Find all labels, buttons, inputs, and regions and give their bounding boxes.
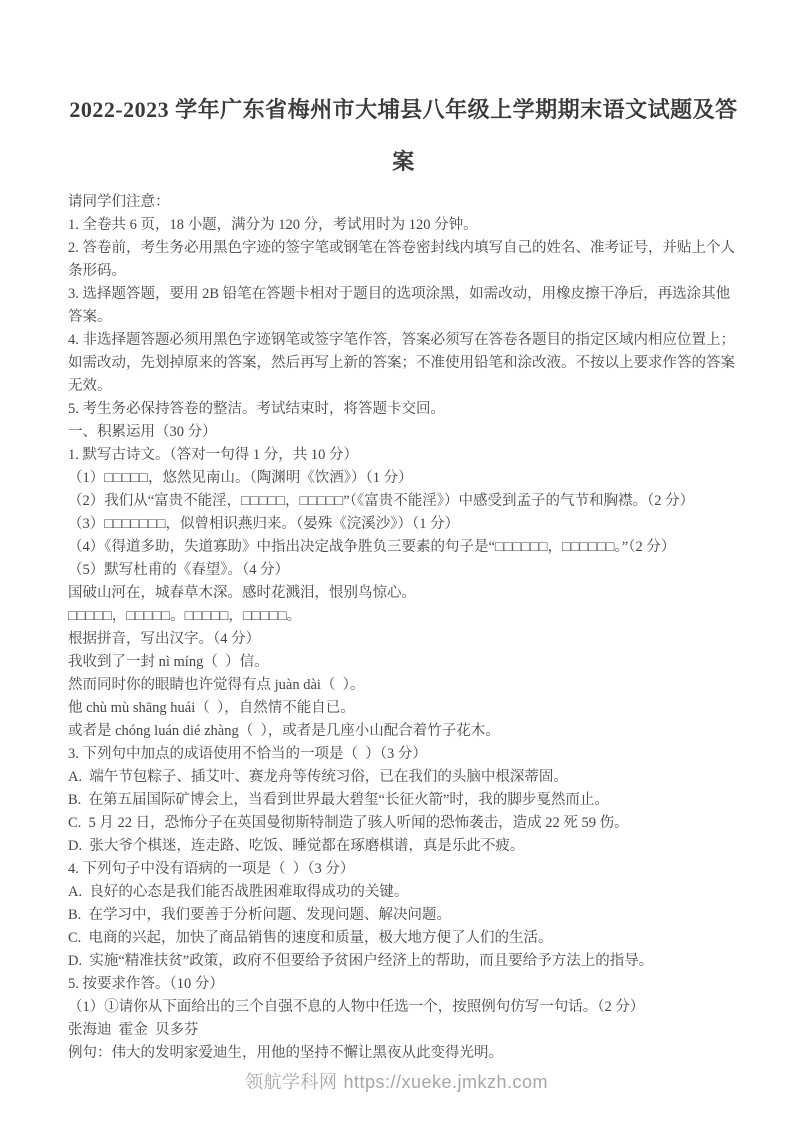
q2-item-3: 他 chù mù shāng huái（ ），自然情不能自已。 (68, 697, 739, 720)
q2-item-2: 然而同时你的眼睛也许觉得有点 juàn dài（ ）。 (68, 674, 739, 697)
q4-stem: 4. 下列句子中没有语病的一项是（ ）（3 分） (68, 858, 739, 881)
q3-option-c: C. 5 月 22 日，恐怖分子在英国曼彻斯特制造了骇人听闻的恐怖袭击，造成 2… (68, 812, 739, 835)
q1-poem-line-2: □□□□□，□□□□□。□□□□□，□□□□□。 (68, 605, 739, 628)
q1-item-3: （3）□□□□□□□，似曾相识燕归来。（晏殊《浣溪沙》）（1 分） (68, 513, 739, 536)
q1-item-1: （1）□□□□□，悠然见南山。（陶渊明《饮酒》）（1 分） (68, 467, 739, 490)
q3-option-b: B. 在第五届国际矿博会上，当看到世界最大碧玺“长征火箭”时，我的脚步戛然而止。 (68, 789, 739, 812)
q5-example: 例句：伟大的发明家爱迪生，用他的坚持不懈让黑夜从此变得光明。 (68, 1042, 739, 1065)
watermark-site-name: 领航学科网 (242, 1072, 341, 1092)
q2-item-1: 我收到了一封 nì míng（ ）信。 (68, 651, 739, 674)
q5-names: 张海迪 霍金 贝多芬 (68, 1019, 739, 1042)
q1-poem-line-1: 国破山河在，城春草木深。感时花溅泪，恨别鸟惊心。 (68, 582, 739, 605)
document-title: 2022-2023 学年广东省梅州市大埔县八年级上学期期末语文试题及答案 (68, 0, 739, 188)
q5-sub1: （1）①请你从下面给出的三个自强不息的人物中任选一个，按照例句仿写一句话。（2 … (68, 996, 739, 1019)
q4-option-b: B. 在学习中，我们要善于分析问题、发现问题、解决问题。 (68, 904, 739, 927)
q1-item-2: （2）我们从“富贵不能淫，□□□□□，□□□□□”（《富贵不能淫》）中感受到孟子… (68, 490, 739, 513)
watermark-footer: 领航学科网https://xueke.jmkzh.com (0, 1068, 793, 1094)
watermark-url: https://xueke.jmkzh.com (340, 1072, 551, 1092)
section-1-heading: 一、积累运用（30 分） (68, 421, 739, 444)
q3-option-a: A. 端午节包粽子、插艾叶、赛龙舟等传统习俗，已在我们的头脑中根深蒂固。 (68, 766, 739, 789)
q2-stem: 根据拼音，写出汉字。（4 分） (68, 628, 739, 651)
exam-document-page: 2022-2023 学年广东省梅州市大埔县八年级上学期期末语文试题及答案 请同学… (0, 0, 793, 1065)
instruction-2: 2. 答卷前，考生务必用黑色字迹的签字笔或钢笔在答卷密封线内填写自己的姓名、准考… (68, 237, 739, 283)
q1-item-5: （5）默写杜甫的《春望》。（4 分） (68, 559, 739, 582)
instruction-3: 3. 选择题答题，要用 2B 铅笔在答题卡相对于题目的选项涂黑，如需改动，用橡皮… (68, 283, 739, 329)
instruction-1: 1. 全卷共 6 页，18 小题，满分为 120 分，考试用时为 120 分钟。 (68, 214, 739, 237)
q5-stem: 5. 按要求作答。（10 分） (68, 973, 739, 996)
notice-heading: 请同学们注意： (68, 191, 739, 214)
instruction-5: 5. 考生务必保持答卷的整洁。考试结束时，将答题卡交回。 (68, 398, 739, 421)
q3-option-d: D. 张大爷个棋迷，连走路、吃饭、睡觉都在琢磨棋谱，真是乐此不疲。 (68, 835, 739, 858)
q4-option-d: D. 实施“精准扶贫”政策，政府不但要给予贫困户经济上的帮助，而且要给予方法上的… (68, 950, 739, 973)
q4-option-c: C. 电商的兴起，加快了商品销售的速度和质量，极大地方便了人们的生活。 (68, 927, 739, 950)
q1-item-4: （4）《得道多助，失道寡助》中指出决定战争胜负三要素的句子是“□□□□□□，□□… (68, 536, 739, 559)
q2-item-4: 或者是 chóng luán dié zhàng（ ），或者是几座小山配合着竹子… (68, 720, 739, 743)
q1-stem: 1. 默写古诗文。（答对一句得 1 分，共 10 分） (68, 444, 739, 467)
q3-stem: 3. 下列句中加点的成语使用不恰当的一项是（ ）（3 分） (68, 743, 739, 766)
q4-option-a: A. 良好的心态是我们能否战胜困难取得成功的关键。 (68, 881, 739, 904)
instruction-4: 4. 非选择题答题必须用黑色字迹钢笔或签字笔作答，答案必须写在答卷各题目的指定区… (68, 329, 739, 398)
document-body: 请同学们注意： 1. 全卷共 6 页，18 小题，满分为 120 分，考试用时为… (68, 188, 739, 1065)
